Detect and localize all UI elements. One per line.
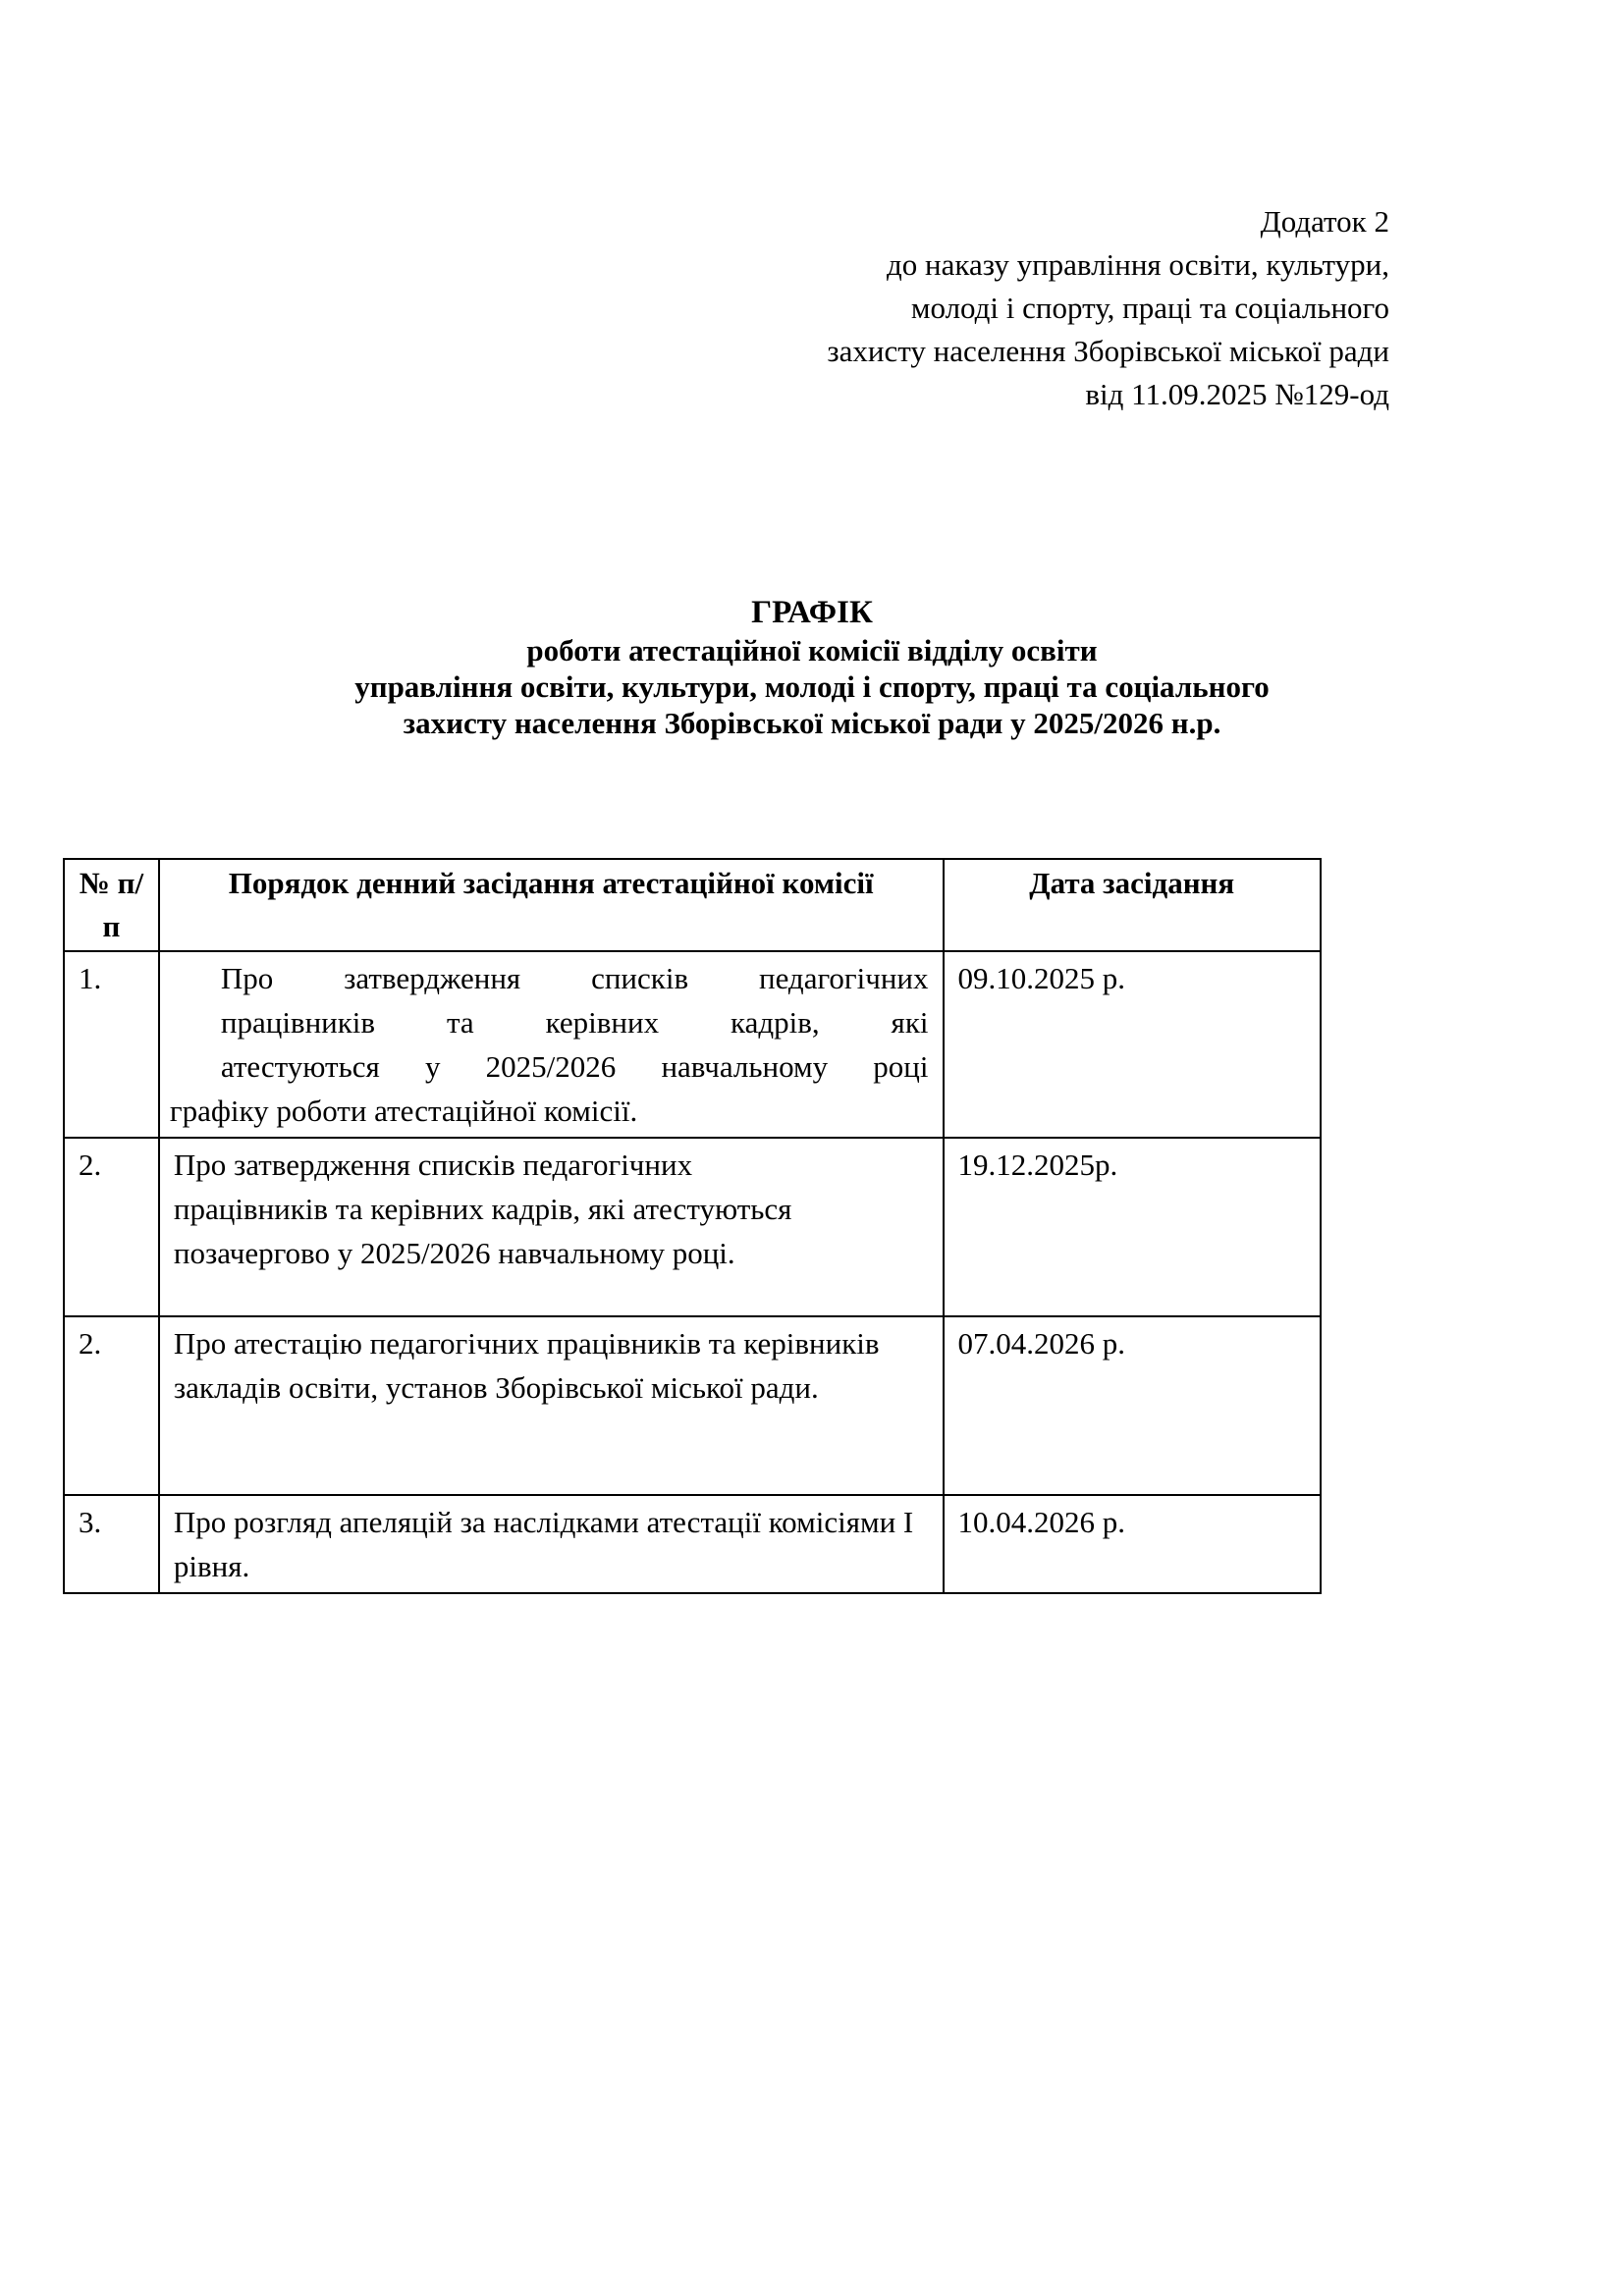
table-row: 2. Про атестацію педагогічних працівникі… [64,1316,1321,1495]
row-agenda: Про затвердження списків педагогічних пр… [159,951,944,1138]
appendix-approval-block: Додаток 2 до наказу управління освіти, к… [643,200,1389,416]
row-agenda: Про атестацію педагогічних працівників т… [159,1316,944,1495]
approval-line: до наказу управління освіти, культури, [643,243,1389,287]
header-number: № п/п [64,859,159,951]
row-number: 2. [64,1316,159,1495]
document-title: ГРАФІК [0,593,1624,632]
row-number: 3. [64,1495,159,1593]
agenda-line: працівників та керівних кадрів, які [170,1000,929,1044]
row-number: 1. [64,951,159,1138]
row-date: 19.12.2025р. [944,1138,1322,1316]
approval-line: молоді і спорту, праці та соціального [643,287,1389,330]
header-agenda: Порядок денний засідання атестаційної ко… [159,859,944,951]
row-number: 2. [64,1138,159,1316]
order-date-number: від 11.09.2025 №129-од [643,373,1389,416]
row-agenda: Про затвердження списків педагогічних пр… [159,1138,944,1316]
agenda-line: графіку роботи атестаційної комісії. [170,1089,929,1133]
row-date: 07.04.2026 р. [944,1316,1322,1495]
agenda-line: Про затвердження списків педагогічних [170,956,929,1000]
document-title-block: ГРАФІК роботи атестаційної комісії відді… [0,593,1624,741]
row-date: 09.10.2025 р. [944,951,1322,1138]
header-date: Дата засідання [944,859,1322,951]
document-subtitle-line: управління освіти, культури, молоді і сп… [0,668,1624,705]
agenda-line: атестуються у 2025/2026 навчальному році [170,1044,929,1089]
schedule-table: № п/п Порядок денний засідання атестацій… [63,858,1322,1594]
approval-line: захисту населення Зборівської міської ра… [643,330,1389,373]
table-header-row: № п/п Порядок денний засідання атестацій… [64,859,1321,951]
row-agenda: Про розгляд апеляцій за наслідками атест… [159,1495,944,1593]
document-subtitle-line: роботи атестаційної комісії відділу осві… [0,632,1624,668]
appendix-number: Додаток 2 [643,200,1389,243]
document-subtitle-line: захисту населення Зборівської міської ра… [0,705,1624,741]
row-date: 10.04.2026 р. [944,1495,1322,1593]
table-row: 2. Про затвердження списків педагогічних… [64,1138,1321,1316]
table-row: 1. Про затвердження списків педагогічних… [64,951,1321,1138]
table-row: 3. Про розгляд апеляцій за наслідками ат… [64,1495,1321,1593]
